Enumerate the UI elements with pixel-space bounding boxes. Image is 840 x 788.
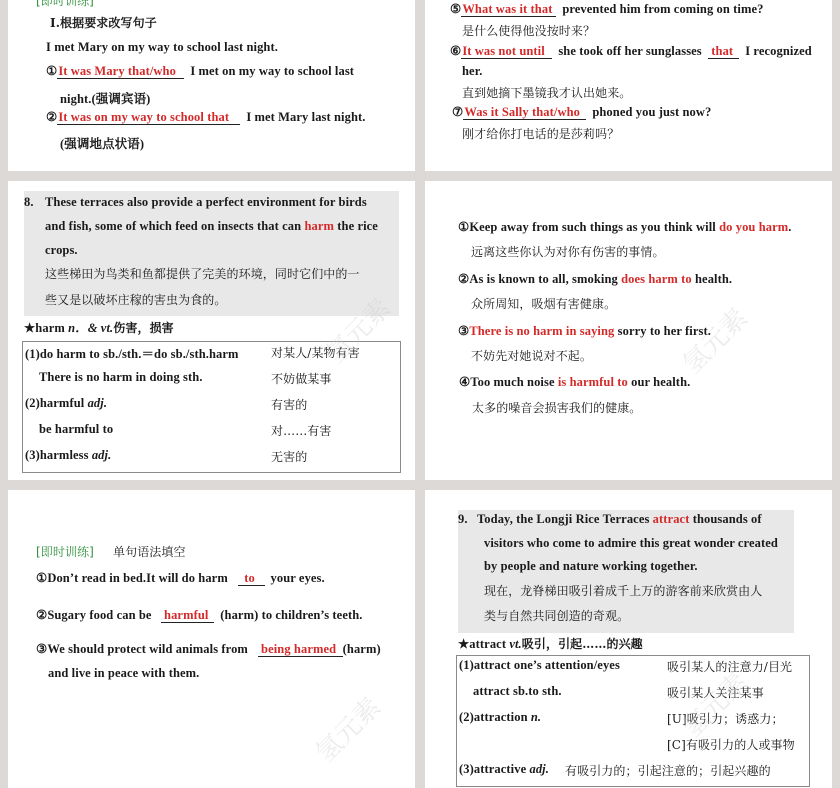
slide-panel-harm-examples: ①Keep away from such things as you think… [425, 181, 832, 480]
answer-blank: being harmed [258, 642, 343, 657]
translation: 太多的噪音会损害我们的健康。 [472, 399, 641, 416]
def-en: (2)attraction n. [459, 710, 541, 725]
watermark: 氢元素 [306, 688, 387, 769]
vocab-headword: ★harm n．& vt.伤害，损害 [24, 318, 174, 336]
def-en: (3)harmless adj. [25, 448, 111, 463]
sentence-line-3: by people and nature working together. [484, 559, 698, 574]
def-en: (2)harmful adj. [25, 396, 107, 411]
rewrite-item-1: ①It was Mary that/whoI met on my way to … [46, 63, 354, 79]
sentence-line-1: Today, the Longji Rice Terraces attract … [477, 512, 762, 527]
keyword-highlight: attract [653, 512, 690, 526]
emphatic-item-6-cont: her. [462, 64, 482, 79]
sentence-number: 8. [24, 195, 34, 210]
section-heading: Ⅰ.根据要求改写句子 [50, 14, 157, 31]
example-item-3: ③There is no harm in saying sorry to her… [458, 323, 711, 339]
def-cn: 无害的 [271, 448, 307, 465]
translation-line-2: 类与自然共同创造的奇观。 [484, 607, 629, 624]
answer-blank: harmful [161, 608, 214, 623]
translation-line-2: 些又是以破坏庄稼的害虫为食的。 [45, 291, 227, 308]
def-cn: 对……有害 [271, 422, 332, 439]
rewrite-item-2-cont: (强调地点状语) [60, 134, 144, 152]
fill-item-1: ①Don’t read in bed.It will do harm toyou… [36, 570, 325, 586]
def-en: There is no harm in doing sth. [39, 370, 203, 385]
sentence-number: 9. [458, 512, 468, 527]
keyword-highlight: harm [304, 219, 334, 233]
example-item-2: ②As is known to all, smoking does harm t… [458, 271, 732, 287]
slide-panel-rewrite-sentences: [即时训练] Ⅰ.根据要求改写句子 I met Mary on my way t… [8, 0, 415, 171]
translation: 是什么使得他没按时来？ [462, 22, 595, 39]
def-en: (1)attract one’s attention/eyes [459, 658, 620, 673]
emphatic-item-6: ⑥It was not untilshe took off her sungla… [450, 43, 812, 59]
def-cn: 有害的 [271, 396, 307, 413]
practice-label-partial: [即时训练] [36, 0, 94, 9]
def-en: (1)do harm to sb./sth.＝do sb./sth.harm [25, 344, 239, 362]
sentence-line-2: visitors who come to admire this great w… [484, 536, 778, 551]
def-cn: 有吸引力的；引起注意的；引起兴趣的 [565, 762, 771, 779]
def-en: attract sb.to sth. [473, 684, 562, 699]
def-en: be harmful to [39, 422, 113, 437]
fill-item-3-cont: and live in peace with them. [48, 666, 199, 681]
answer-blank: Was it Sally that/who [463, 105, 586, 120]
sentence-line-1: These terraces also provide a perfect en… [45, 195, 367, 210]
fill-item-2: ②Sugary food can be harmful(harm) to chi… [36, 607, 363, 623]
translation: 直到她摘下墨镜我才认出她来。 [462, 84, 631, 101]
answer-blank: that [708, 44, 739, 59]
translation: 刚才给你打电话的是莎莉吗？ [462, 125, 619, 142]
watermark: 氢元素 [673, 299, 754, 380]
translation-line-1: 这些梯田为鸟类和鱼都提供了完美的环境，同时它们中的一 [45, 265, 360, 282]
answer-blank: It was Mary that/who [57, 64, 184, 79]
answer-blank: What was it that [461, 2, 556, 17]
example-item-4: ④Too much noise is harmful to our health… [459, 374, 690, 390]
slide-panel-grammar-fill: [即时训练] 单句语法填空 ①Don’t read in bed.It will… [8, 490, 415, 788]
emphatic-item-7: ⑦Was it Sally that/whophoned you just no… [452, 104, 711, 120]
definition-box: (1)attract one’s attention/eyes 吸引某人的注意力… [456, 655, 810, 787]
def-cn: [C]有吸引力的人或事物 [667, 736, 795, 753]
emphatic-item-5: ⑤What was it thatprevented him from comi… [450, 1, 764, 17]
slide-panel-emphatic-questions: ⑤What was it thatprevented him from comi… [425, 0, 832, 171]
translation: 不妨先对她说对不起。 [471, 347, 592, 364]
def-en: (3)attractive adj. [459, 762, 549, 777]
def-cn: 不妨做某事 [271, 370, 332, 387]
practice-label: [即时训练] [36, 543, 94, 560]
vocab-headword: ★attract vt.吸引，引起……的兴趣 [458, 635, 643, 652]
answer-blank: It was on my way to school that [57, 110, 240, 125]
example-item-1: ①Keep away from such things as you think… [458, 219, 792, 235]
translation: 远离这些你认为对你有伤害的事情。 [471, 243, 665, 260]
rewrite-item-2: ②It was on my way to school thatI met Ma… [46, 109, 366, 125]
slide-panel-attract-vocab: 9. Today, the Longji Rice Terraces attra… [425, 490, 832, 788]
sentence-line-2: and fish, some of which feed on insects … [45, 219, 378, 234]
answer-blank: to [238, 571, 265, 586]
base-sentence: I met Mary on my way to school last nigh… [46, 40, 278, 55]
translation: 众所周知，吸烟有害健康。 [471, 295, 616, 312]
answer-blank: It was not until [461, 44, 552, 59]
translation-line-1: 现在，龙脊梯田吸引着成千上万的游客前来欣赏由人 [484, 582, 762, 599]
slide-panel-harm-vocab: 8. These terraces also provide a perfect… [8, 181, 415, 480]
sentence-line-3: crops. [45, 243, 78, 258]
practice-title: 单句语法填空 [113, 543, 186, 560]
rewrite-item-1-cont: night.(强调宾语) [60, 89, 150, 107]
fill-item-3: ③We should protect wild animals from bei… [36, 641, 381, 657]
